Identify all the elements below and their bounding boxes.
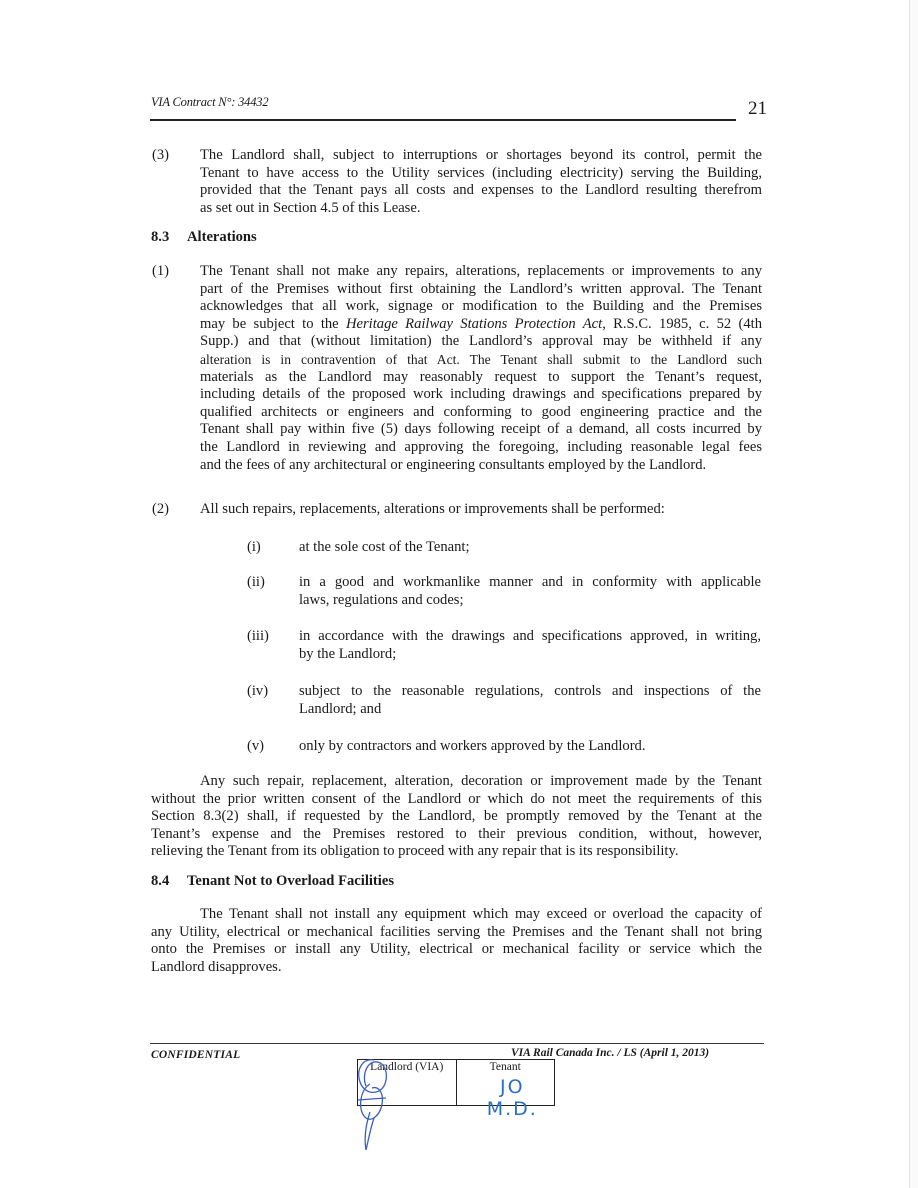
item-number: (iv) bbox=[247, 683, 268, 701]
paragraph-8-4: The Tenant shall not install any equipme… bbox=[151, 906, 762, 976]
text-line: Any such repair, replacement, alteration… bbox=[151, 773, 762, 791]
text-line: The Tenant shall not install any equipme… bbox=[151, 906, 762, 924]
section-heading-8-4: 8.4Tenant Not to Overload Facilities bbox=[151, 873, 394, 890]
text-line: provided that the Tenant pays all costs … bbox=[200, 182, 762, 200]
tenant-initials: JO M.D. bbox=[471, 1076, 555, 1120]
item-number: (iii) bbox=[247, 628, 269, 646]
text-line: only by contractors and workers approved… bbox=[299, 738, 761, 756]
tenant-initials-cell: Tenant JO M.D. bbox=[456, 1060, 555, 1105]
closing-paragraph-8-3: Any such repair, replacement, alteration… bbox=[151, 773, 762, 861]
text-line: Landlord disapproves. bbox=[151, 959, 762, 977]
text-line: part of the Premises without first obtai… bbox=[200, 281, 762, 299]
clause-number: (3) bbox=[152, 147, 169, 165]
item-text: subject to the reasonable regulations, c… bbox=[299, 683, 761, 718]
text-line: and the fees of any architectural or eng… bbox=[200, 457, 762, 475]
text-line: Supp.) and that (without limitation) the… bbox=[200, 333, 762, 351]
clause-8-2-3-text: The Landlord shall, subject to interrupt… bbox=[200, 147, 762, 217]
text-line: qualified architects or engineers and co… bbox=[200, 404, 762, 422]
text-line: Tenant’s expense and the Premises restor… bbox=[151, 826, 762, 844]
text-line: at the sole cost of the Tenant; bbox=[299, 539, 761, 557]
page-margin bbox=[910, 0, 918, 1188]
text-line: The Tenant shall not make any repairs, a… bbox=[200, 263, 762, 281]
text-line: materials as the Landlord may reasonably… bbox=[200, 369, 762, 387]
text-line: subject to the reasonable regulations, c… bbox=[299, 683, 761, 701]
item-text: in a good and workmanlike manner and in … bbox=[299, 574, 761, 609]
text-line: Section 8.3(2) shall, if requested by th… bbox=[151, 808, 762, 826]
text-line: the Landlord in reviewing and approving … bbox=[200, 439, 762, 457]
text-line: any Utility, electrical or mechanical fa… bbox=[151, 924, 762, 942]
item-text: only by contractors and workers approved… bbox=[299, 738, 761, 756]
text-line: acknowledges that all work, signage or m… bbox=[200, 298, 762, 316]
text-line-with-act: may be subject to the Heritage Railway S… bbox=[200, 316, 762, 334]
section-title: Tenant Not to Overload Facilities bbox=[187, 873, 394, 889]
text-line: laws, regulations and codes; bbox=[299, 592, 761, 610]
text-line: including details of the proposed work i… bbox=[200, 386, 762, 404]
section-heading-8-3: 8.3Alterations bbox=[151, 229, 257, 246]
text-line: as set out in Section 4.5 of this Lease. bbox=[200, 200, 762, 218]
item-number: (i) bbox=[247, 539, 261, 557]
section-title: Alterations bbox=[187, 229, 257, 245]
text-line: alteration is in contravention of that A… bbox=[200, 351, 762, 369]
section-number: 8.4 bbox=[151, 873, 187, 890]
section-number: 8.3 bbox=[151, 229, 187, 246]
clause-number: (1) bbox=[152, 263, 169, 281]
text-line: Tenant shall pay within five (5) days fo… bbox=[200, 421, 762, 439]
item-text: in accordance with the drawings and spec… bbox=[299, 628, 761, 663]
item-text: at the sole cost of the Tenant; bbox=[299, 539, 761, 557]
tenant-label: Tenant bbox=[457, 1061, 555, 1073]
text-line: by the Landlord; bbox=[299, 646, 761, 664]
clause-8-3-1-text: The Tenant shall not make any repairs, a… bbox=[200, 263, 762, 474]
footer-company-version: VIA Rail Canada Inc. / LS (April 1, 2013… bbox=[511, 1047, 709, 1059]
contract-number-header: VIA Contract N°: 34432 bbox=[151, 95, 268, 110]
text-line: Tenant to have access to the Utility ser… bbox=[200, 165, 762, 183]
item-number: (v) bbox=[247, 738, 264, 756]
footer-rule bbox=[150, 1043, 764, 1044]
clause-8-3-2-intro: All such repairs, replacements, alterati… bbox=[200, 501, 762, 519]
text-line: onto the Premises or install any Utility… bbox=[151, 941, 762, 959]
text-line: relieving the Tenant from its obligation… bbox=[151, 843, 762, 861]
text-line: in accordance with the drawings and spec… bbox=[299, 628, 761, 646]
text-line: The Landlord shall, subject to interrupt… bbox=[200, 147, 762, 165]
clause-number: (2) bbox=[152, 501, 169, 519]
landlord-signature-icon bbox=[352, 1052, 402, 1157]
act-name: Heritage Railway Stations Protection Act bbox=[346, 316, 602, 332]
header-rule bbox=[150, 119, 736, 121]
item-number: (ii) bbox=[247, 574, 265, 592]
text-line: in a good and workmanlike manner and in … bbox=[299, 574, 761, 592]
confidential-label: CONFIDENTIAL bbox=[151, 1049, 240, 1061]
page-number: 21 bbox=[748, 98, 767, 120]
text-line: Landlord; and bbox=[299, 701, 761, 719]
text-line: without the prior written consent of the… bbox=[151, 791, 762, 809]
